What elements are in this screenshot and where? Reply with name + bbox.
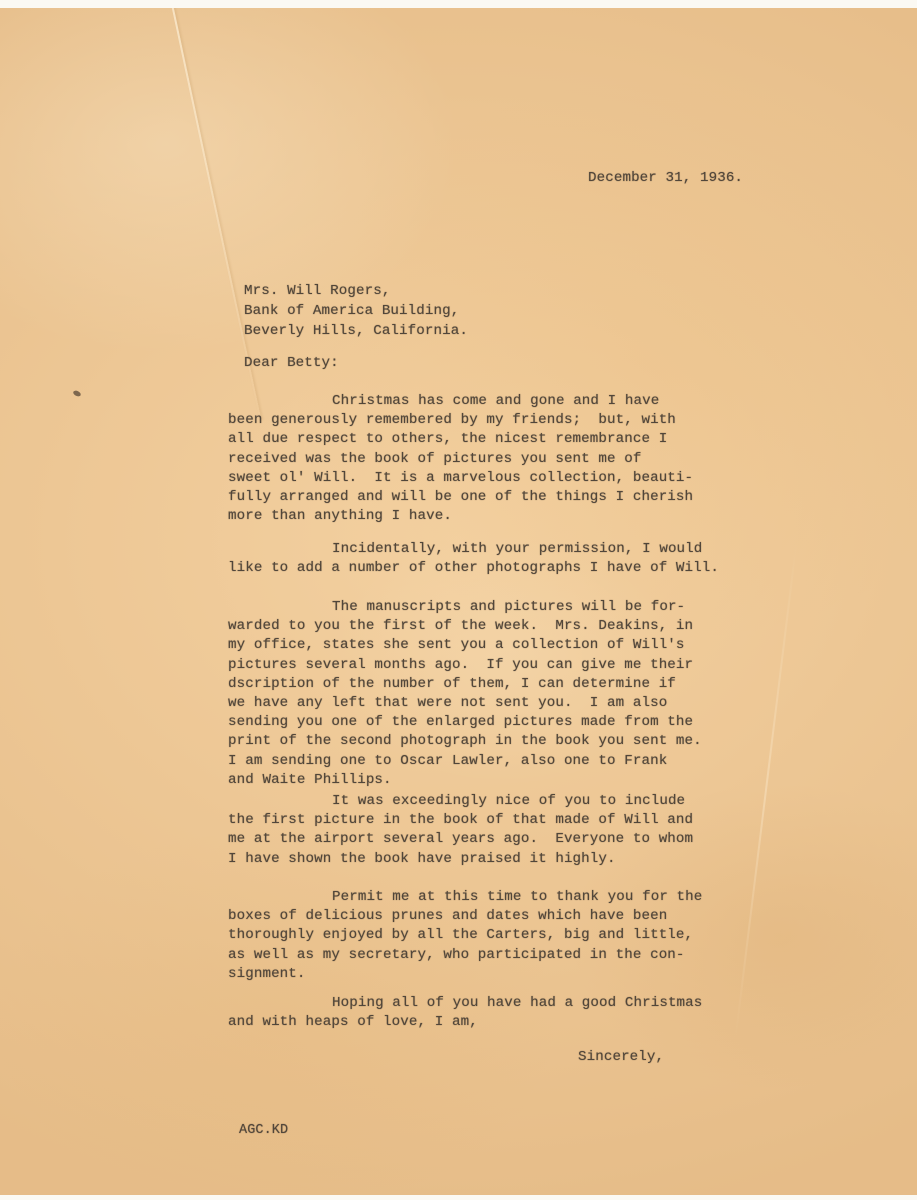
text-line: been generously remembered by my friends…: [228, 411, 738, 430]
paragraph: It was exceedingly nice of you to includ…: [228, 792, 738, 869]
text-line: the first picture in the book of that ma…: [228, 811, 738, 830]
text-line: Incidentally, with your permission, I wo…: [228, 540, 738, 559]
text-line: all due respect to others, the nicest re…: [228, 430, 738, 449]
text-line: received was the book of pictures you se…: [228, 450, 738, 469]
text-line: print of the second photograph in the bo…: [228, 732, 738, 751]
text-line: Permit me at this time to thank you for …: [228, 888, 738, 907]
text-line: me at the airport several years ago. Eve…: [228, 830, 738, 849]
text-line: thoroughly enjoyed by all the Carters, b…: [228, 926, 738, 945]
paragraph: Christmas has come and gone and I havebe…: [228, 392, 738, 526]
text-line: more than anything I have.: [228, 507, 738, 526]
text-line: like to add a number of other photograph…: [228, 559, 738, 578]
text-line: and with heaps of love, I am,: [228, 1013, 738, 1032]
scan-edge-bottom: [0, 1195, 917, 1200]
scanned-letter-page: December 31, 1936. Mrs. Will Rogers,Bank…: [0, 0, 917, 1200]
text-line: pictures several months ago. If you can …: [228, 656, 738, 675]
text-line: I have shown the book have praised it hi…: [228, 850, 738, 869]
text-line: fully arranged and will be one of the th…: [228, 488, 738, 507]
letter-body: Christmas has come and gone and I havebe…: [0, 0, 917, 1200]
text-line: dscription of the number of them, I can …: [228, 675, 738, 694]
text-line: Christmas has come and gone and I have: [228, 392, 738, 411]
closing: Sincerely,: [578, 1049, 664, 1065]
reference-initials: AGC.KD: [239, 1123, 288, 1138]
paragraph: The manuscripts and pictures will be for…: [228, 598, 738, 790]
text-line: warded to you the first of the week. Mrs…: [228, 617, 738, 636]
text-line: It was exceedingly nice of you to includ…: [228, 792, 738, 811]
paragraph: Permit me at this time to thank you for …: [228, 888, 738, 984]
text-line: and Waite Phillips.: [228, 771, 738, 790]
text-line: Hoping all of you have had a good Christ…: [228, 994, 738, 1013]
text-line: sweet ol' Will. It is a marvelous collec…: [228, 469, 738, 488]
text-line: we have any left that were not sent you.…: [228, 694, 738, 713]
scan-edge-top: [0, 0, 917, 8]
text-line: boxes of delicious prunes and dates whic…: [228, 907, 738, 926]
paragraph: Incidentally, with your permission, I wo…: [228, 540, 738, 578]
text-line: as well as my secretary, who participate…: [228, 946, 738, 965]
text-line: I am sending one to Oscar Lawler, also o…: [228, 752, 738, 771]
text-line: sending you one of the enlarged pictures…: [228, 713, 738, 732]
text-line: my office, states she sent you a collect…: [228, 636, 738, 655]
text-line: The manuscripts and pictures will be for…: [228, 598, 738, 617]
text-line: signment.: [228, 965, 738, 984]
paragraph: Hoping all of you have had a good Christ…: [228, 994, 738, 1032]
